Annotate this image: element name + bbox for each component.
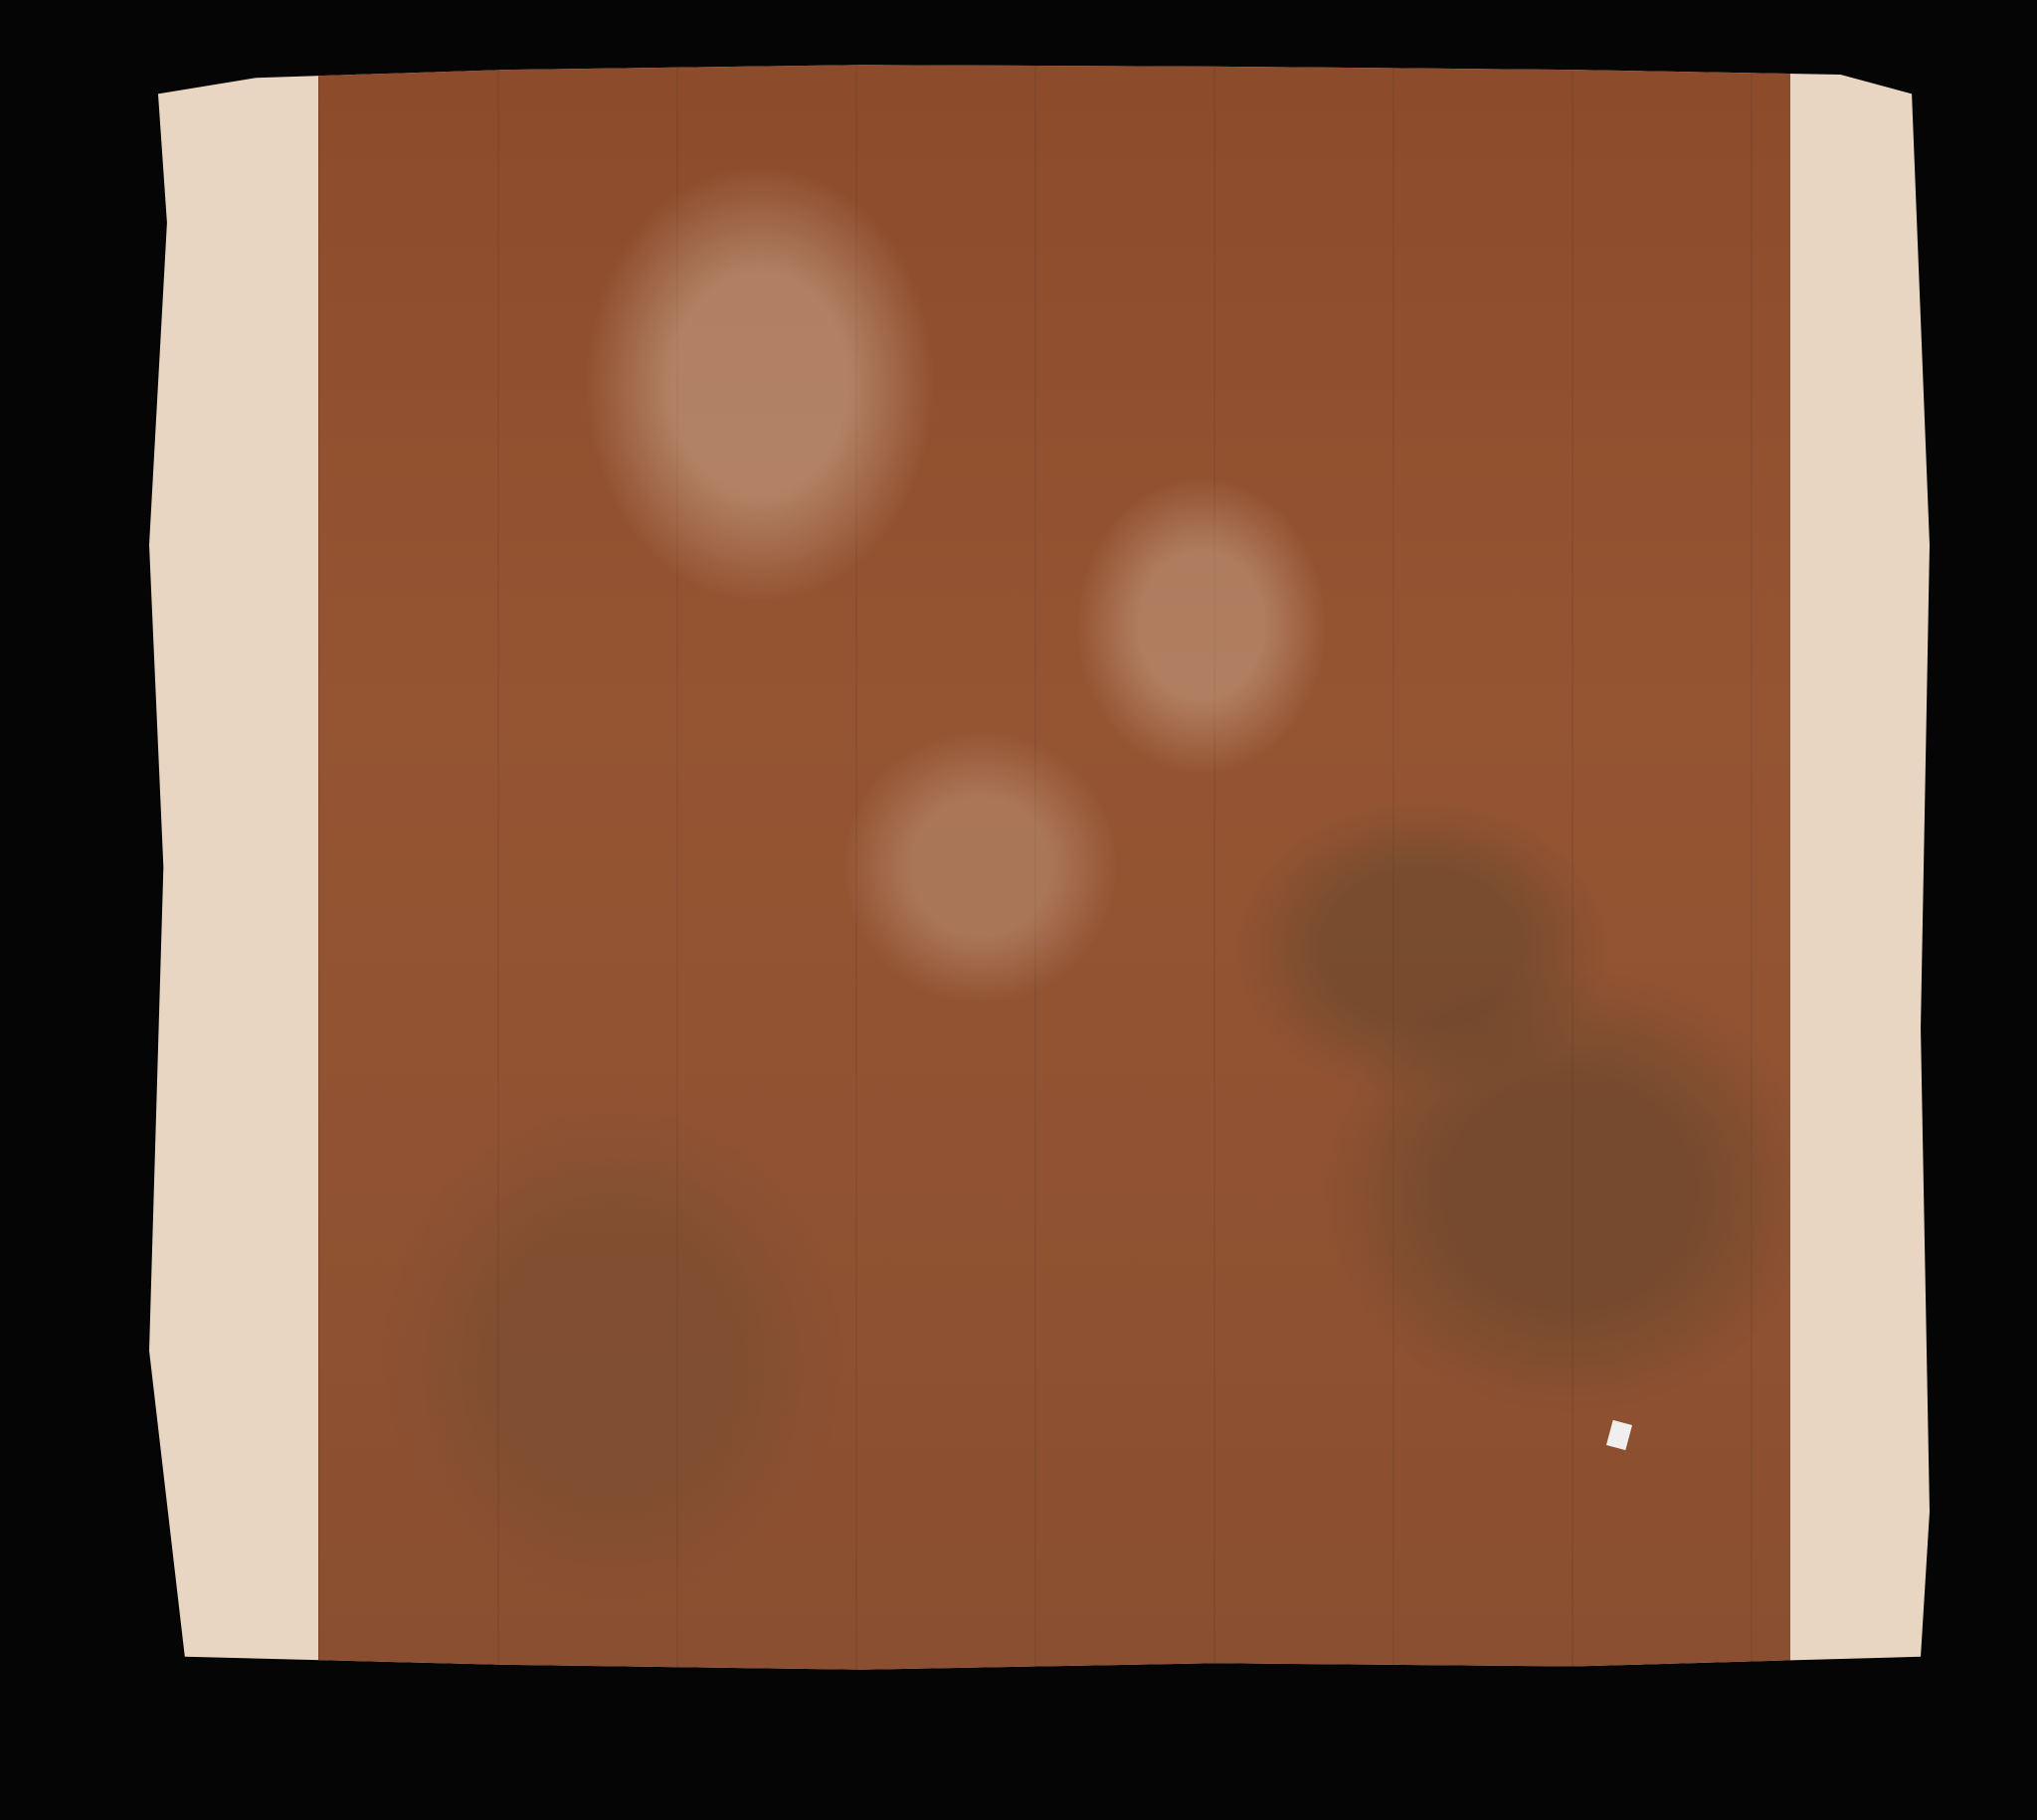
- dyed-center-panel: [318, 62, 1790, 1673]
- barkcloth-textile: [149, 62, 1930, 1673]
